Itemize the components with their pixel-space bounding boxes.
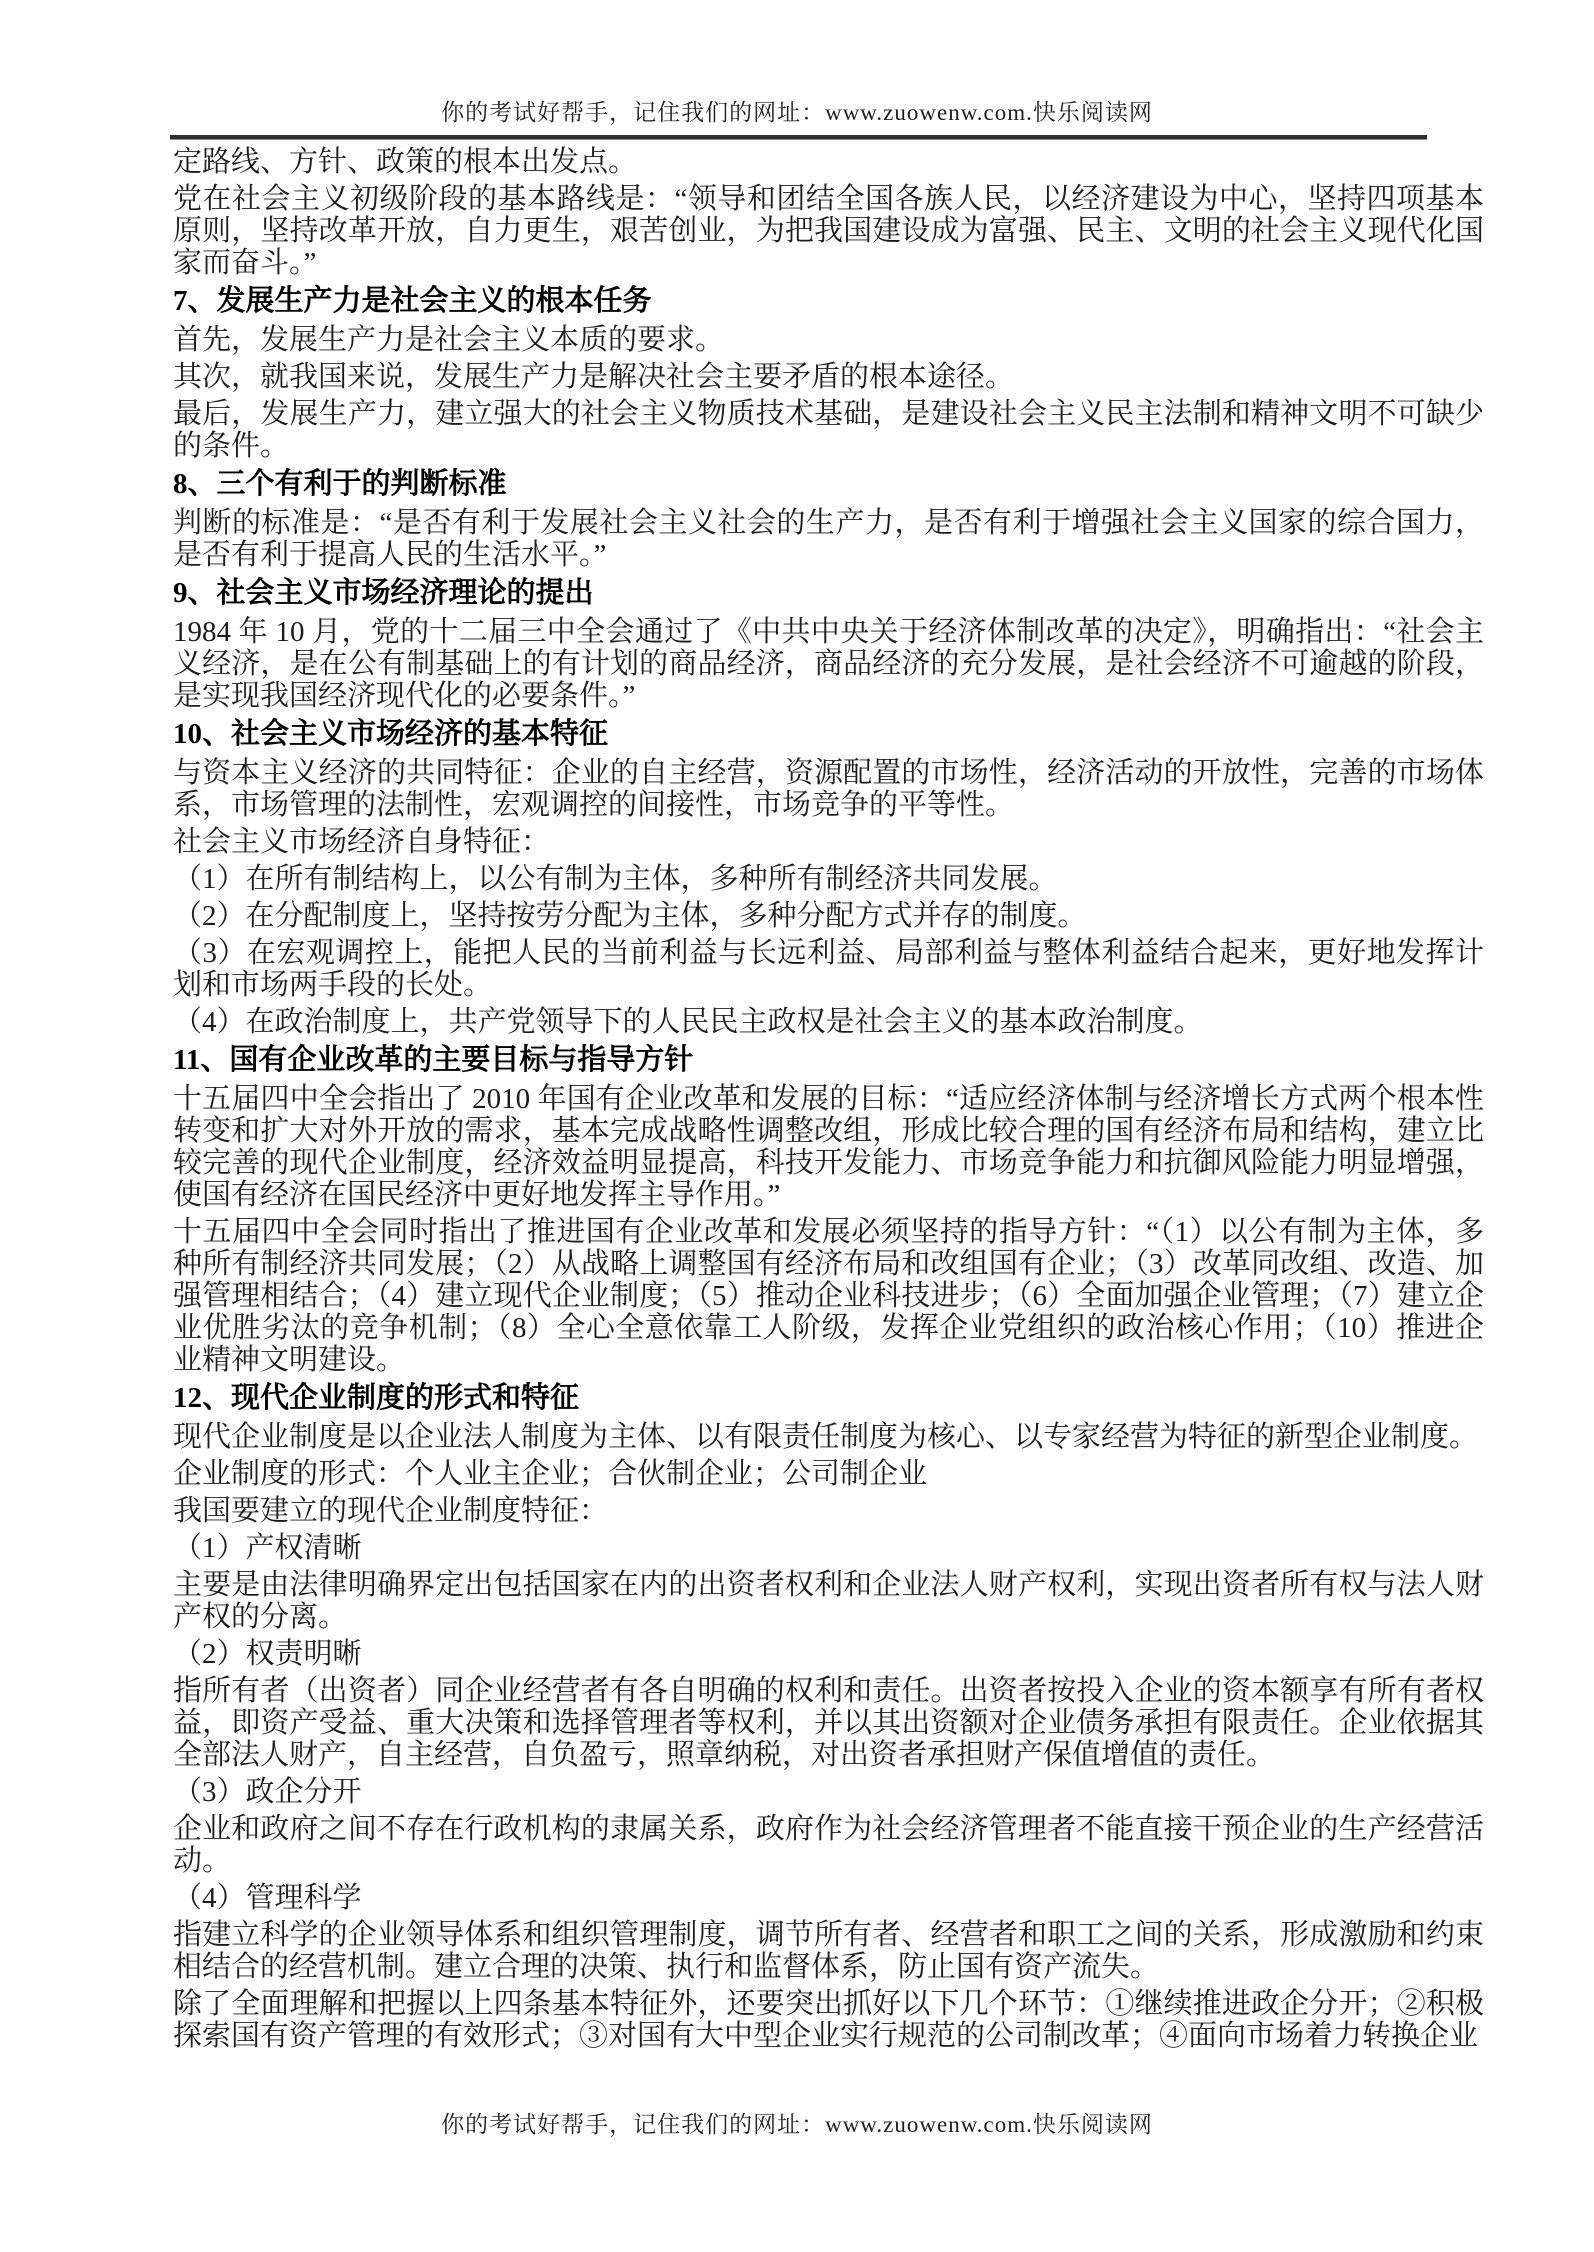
paragraph: 企业和政府之间不存在行政机构的隶属关系，政府作为社会经济管理者不能直接干预企业的… <box>173 1813 1484 1877</box>
paragraph: 其次，就我国来说，发展生产力是解决社会主要矛盾的根本途径。 <box>173 361 1484 393</box>
paragraph: （4）管理科学 <box>173 1882 1484 1914</box>
paragraph: （1）在所有制结构上，以公有制为主体，多种所有制经济共同发展。 <box>173 863 1484 895</box>
paragraph: （2）在分配制度上，坚持按劳分配为主体，多种分配方式并存的制度。 <box>173 900 1484 932</box>
header-divider <box>170 135 1427 140</box>
paragraph: 指建立科学的企业领导体系和组织管理制度，调节所有者、经营者和职工之间的关系，形成… <box>173 1919 1484 1983</box>
section-heading: 8、三个有利于的判断标准 <box>173 468 1484 501</box>
footer-text: 你的考试好帮手，记住我们的网址：www.zuowenw.com.快乐阅读网 <box>441 2112 1153 2137</box>
paragraph: 指所有者（出资者）同企业经营者有各自明确的权利和责任。出资者按投入企业的资本额享… <box>173 1675 1484 1771</box>
paragraph: 除了全面理解和把握以上四条基本特征外，还要突出抓好以下几个环节：①继续推进政企分… <box>173 1988 1484 2052</box>
paragraph: 最后，发展生产力，建立强大的社会主义物质技术基础，是建设社会主义民主法制和精神文… <box>173 398 1484 462</box>
paragraph: 十五届四中全会指出了 2010 年国有企业改革和发展的目标：“适应经济体制与经济… <box>173 1083 1484 1211</box>
paragraph: （2）权责明晰 <box>173 1638 1484 1670</box>
paragraph: 我国要建立的现代企业制度特征： <box>173 1495 1484 1527</box>
paragraph: 首先，发展生产力是社会主义本质的要求。 <box>173 324 1484 356</box>
paragraph: 现代企业制度是以企业法人制度为主体、以有限责任制度为核心、以专家经营为特征的新型… <box>173 1421 1484 1453</box>
page-footer: 你的考试好帮手，记住我们的网址：www.zuowenw.com.快乐阅读网 <box>0 2110 1594 2140</box>
paragraph: 定路线、方针、政策的根本出发点。 <box>173 146 1484 178</box>
paragraph: （3）政企分开 <box>173 1776 1484 1808</box>
paragraph: 1984 年 10 月，党的十二届三中全会通过了《中共中央关于经济体制改革的决定… <box>173 616 1484 712</box>
paragraph: 十五届四中全会同时指出了推进国有企业改革和发展必须坚持的指导方针：“（1）以公有… <box>173 1216 1484 1376</box>
paragraph: （3）在宏观调控上，能把人民的当前利益与长远利益、局部利益与整体利益结合起来，更… <box>173 937 1484 1001</box>
section-heading: 7、发展生产力是社会主义的根本任务 <box>173 285 1484 318</box>
paragraph: 党在社会主义初级阶段的基本路线是：“领导和团结全国各族人民，以经济建设为中心，坚… <box>173 183 1484 279</box>
section-heading: 10、社会主义市场经济的基本特征 <box>173 718 1484 751</box>
paragraph: 判断的标准是：“是否有利于发展社会主义社会的生产力，是否有利于增强社会主义国家的… <box>173 507 1484 571</box>
document-page: 你的考试好帮手，记住我们的网址：www.zuowenw.com.快乐阅读网 定路… <box>0 0 1594 2252</box>
header-text: 你的考试好帮手，记住我们的网址：www.zuowenw.com.快乐阅读网 <box>441 100 1153 125</box>
paragraph: 主要是由法律明确界定出包括国家在内的出资者权利和企业法人财产权利，实现出资者所有… <box>173 1569 1484 1633</box>
paragraph: （1）产权清晰 <box>173 1532 1484 1564</box>
section-heading: 11、国有企业改革的主要目标与指导方针 <box>173 1044 1484 1077</box>
section-heading: 12、现代企业制度的形式和特征 <box>173 1382 1484 1415</box>
paragraph: （4）在政治制度上，共产党领导下的人民民主政权是社会主义的基本政治制度。 <box>173 1006 1484 1038</box>
section-heading: 9、社会主义市场经济理论的提出 <box>173 577 1484 610</box>
document-body: 定路线、方针、政策的根本出发点。党在社会主义初级阶段的基本路线是：“领导和团结全… <box>173 146 1484 2057</box>
paragraph: 企业制度的形式：个人业主企业；合伙制企业；公司制企业 <box>173 1458 1484 1490</box>
paragraph: 与资本主义经济的共同特征：企业的自主经营，资源配置的市场性，经济活动的开放性，完… <box>173 757 1484 821</box>
paragraph: 社会主义市场经济自身特征： <box>173 826 1484 858</box>
page-header: 你的考试好帮手，记住我们的网址：www.zuowenw.com.快乐阅读网 <box>0 98 1594 128</box>
